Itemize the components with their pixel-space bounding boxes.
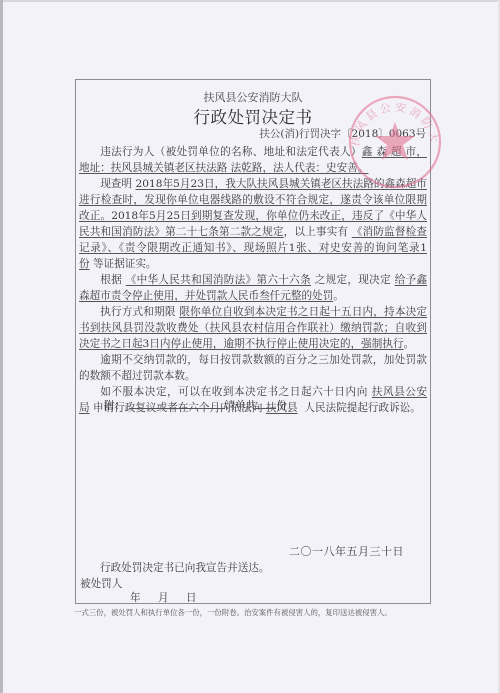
basis-paragraph: 根据 《中华人民共和国消防法》第六十六条 之规定，现决定 给予鑫森超市责令停止使… xyxy=(79,272,427,304)
attachment-blank xyxy=(129,398,225,409)
document-number: 扶公(消)行罚决字〔2018〕0063号 xyxy=(259,126,426,141)
basis-label: 根据 xyxy=(100,274,122,286)
page-edge-top xyxy=(0,0,500,2)
party-paragraph: 违法行为人（被处罚单位的名称、地址和法定代表人）鑫 森 超 市，地址：扶风县城关… xyxy=(79,144,427,176)
basis-law: 《中华人民共和国消防法》第六十六条 xyxy=(126,274,311,286)
recipient-date: 年 月 日 xyxy=(130,590,197,605)
execution-paragraph: 执行方式和期限 限你单位自收到本决定书之日起十五日内，持本决定书到扶风县罚没款收… xyxy=(79,304,427,352)
decision-form: 扶风县公安消防大队 行政处罚决定书 扶公(消)行罚决字〔2018〕0063号 违… xyxy=(75,79,431,604)
page-edge-left xyxy=(0,0,3,693)
decision-body: 违法行为人（被处罚单位的名称、地址和法定代表人）鑫 森 超 市，地址：扶风县城关… xyxy=(79,144,427,416)
attachment-count-blank xyxy=(256,398,276,409)
basis-mid: 之规定，现决定 xyxy=(315,274,391,286)
evidence-tail: 等证据证实。 xyxy=(93,258,157,270)
issue-date: 二〇一八年五月三十日 xyxy=(289,543,404,559)
issuing-agency: 扶风县公安消防大队 xyxy=(76,89,430,105)
findings-paragraph: 现查明 2018年5月23日，我大队扶风县城关镇老区扶法路的鑫森超市进行检查时，… xyxy=(79,176,427,272)
appeal-text-3: 人民法院提起行政诉讼。 xyxy=(304,402,421,414)
party-name: 鑫 森 超 市 xyxy=(362,146,417,158)
recipient-label: 被处罚人 xyxy=(80,576,122,591)
attachment-label: 附： xyxy=(104,400,125,412)
attachment-line: 附： 清单共份 xyxy=(104,398,287,413)
attachment-unit: 份 xyxy=(276,400,287,412)
findings-label: 现查明 xyxy=(100,178,132,190)
party-label: 违法行为人（被处罚单位的名称、地址和法定代表人） xyxy=(100,146,362,158)
execution-end: 。 xyxy=(404,338,415,350)
appeal-text-1: 如不服本决定，可以在收到本决定书之日起六十日内向 xyxy=(100,386,368,398)
execution-label: 执行方式和期限 xyxy=(100,306,175,318)
findings-tail: ，以上事实有 xyxy=(284,226,349,238)
late-penalty-paragraph: 逾期不交纳罚款的，每日按罚款数额的百分之三加处罚款，加处罚款的数额不超过罚款本数… xyxy=(79,352,427,384)
served-note: 行政处罚决定书已向我宣告并送达。 xyxy=(100,560,270,575)
basis-end: 。 xyxy=(333,290,344,302)
footer-note: 一式三份，被处罚人和执行单位各一份，一份附卷。治安案件有被侵害人的，复印送达被侵… xyxy=(74,607,392,618)
document-title: 行政处罚决定书 xyxy=(76,104,430,128)
attachment-list-label: 清单共 xyxy=(225,400,257,412)
